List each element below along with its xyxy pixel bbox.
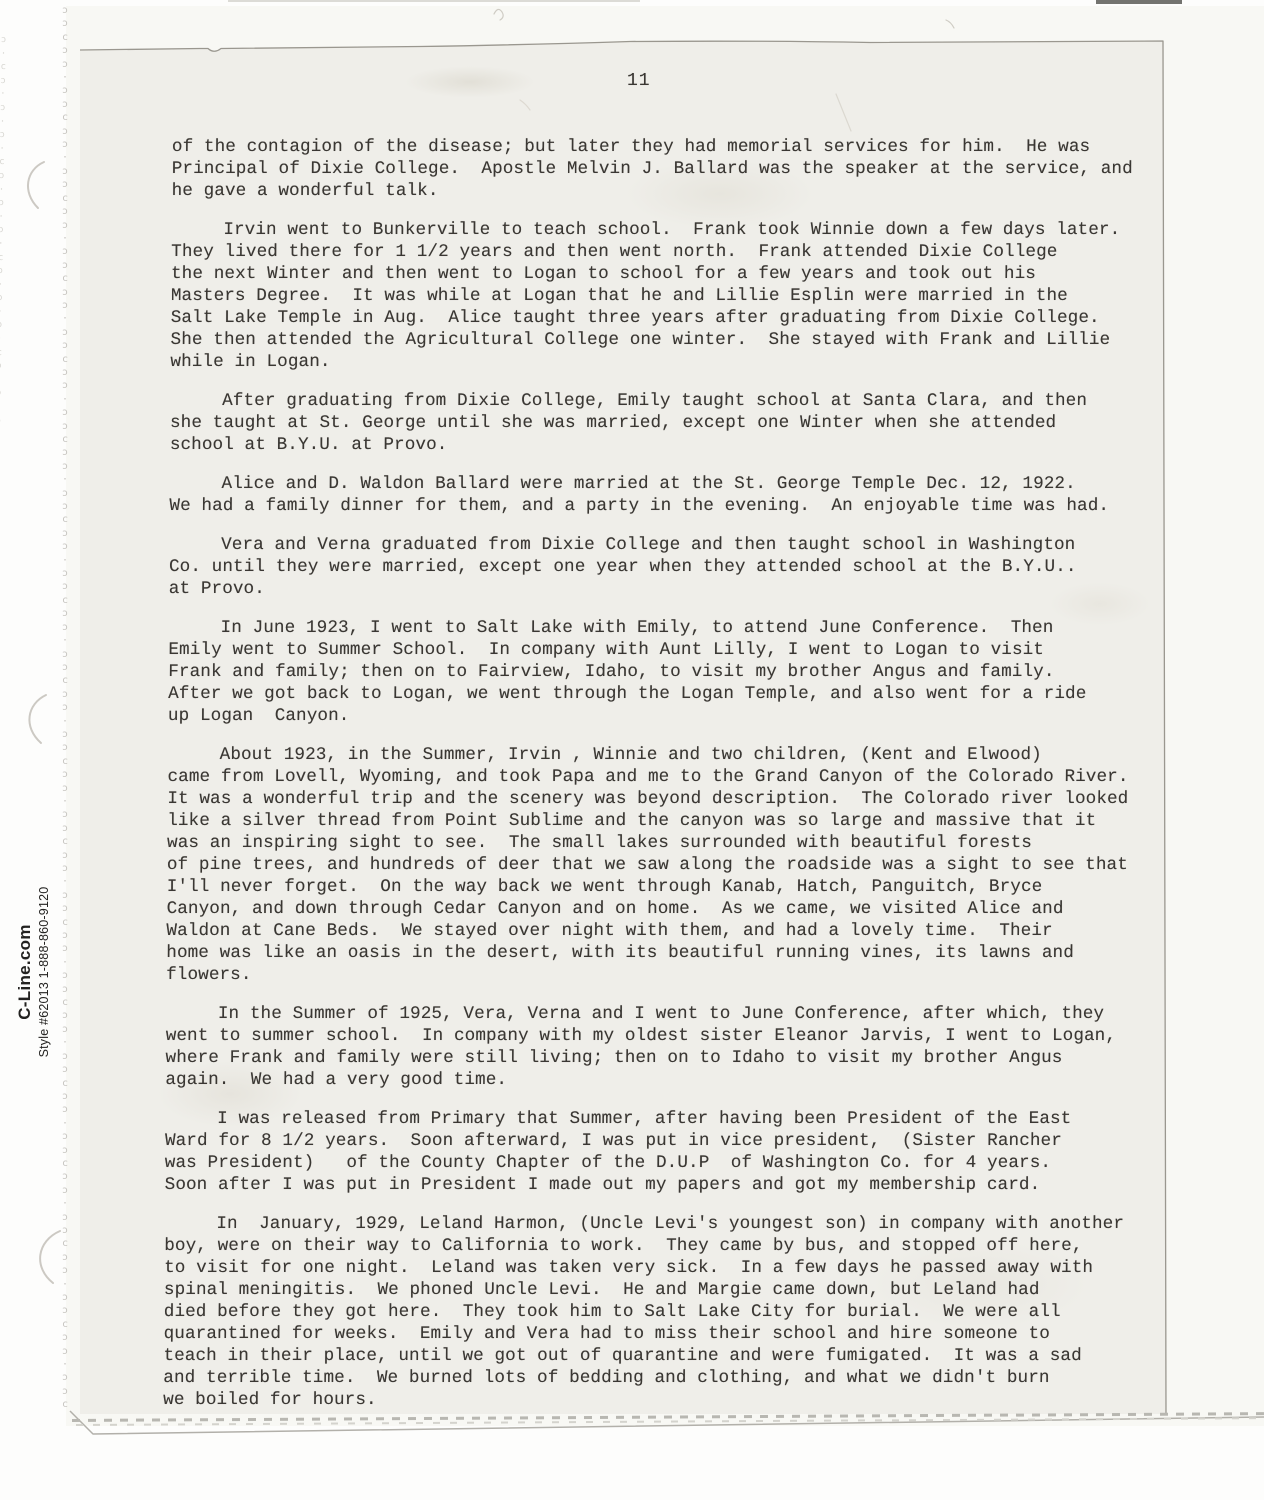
text-line: of pine trees, and hundreds of deer that… — [167, 854, 1157, 876]
text-line: was President) of the County Chapter of … — [165, 1152, 1155, 1174]
text-line: Waldon at Cane Beds. We stayed over nigh… — [166, 920, 1156, 942]
text-line: Salt Lake Temple in Aug. Alice taught th… — [171, 307, 1161, 329]
text-line: Co. until they were married, except one … — [169, 556, 1159, 578]
text-line: again. We had a very good time. — [165, 1069, 1155, 1091]
text-line: he gave a wonderful talk. — [172, 180, 1162, 202]
sleeve-style-number: Style #62013 1-888-860-9120 — [36, 876, 52, 1068]
text-line: spinal meningitis. We phoned Uncle Levi.… — [164, 1279, 1154, 1301]
text-line: went to summer school. In company with m… — [166, 1025, 1156, 1047]
text-line: After graduating from Dixie College, Emi… — [170, 390, 1160, 412]
paragraph: In the Summer of 1925, Vera, Verna and I… — [165, 1003, 1156, 1091]
text-line: like a silver thread from Point Sublime … — [167, 810, 1157, 832]
text-line: where Frank and family were still living… — [165, 1047, 1155, 1069]
text-line: the next Winter and then went to Logan t… — [171, 263, 1161, 285]
text-line: It was a wonderful trip and the scenery … — [167, 788, 1157, 810]
paragraph: Irvin went to Bunkerville to teach schoo… — [170, 219, 1161, 373]
scanner-edge-artifact — [1096, 0, 1182, 4]
text-line: flowers. — [166, 964, 1156, 986]
paragraph: About 1923, in the Summer, Irvin , Winni… — [166, 744, 1158, 986]
paragraph: After graduating from Dixie College, Emi… — [170, 390, 1160, 456]
text-line: Masters Degree. It was while at Logan th… — [171, 285, 1161, 307]
text-line: Alice and D. Waldon Ballard were married… — [169, 473, 1159, 495]
binder-hole-shadows — [28, 162, 60, 1283]
text-line: I was released from Primary that Summer,… — [165, 1108, 1155, 1130]
text-line: at Provo. — [169, 578, 1159, 600]
typed-text: of the contagion of the disease; but lat… — [163, 136, 1162, 1411]
text-line: up Logan Canyon. — [168, 705, 1158, 727]
sleeve-label-text: C-Line.com Style #62013 1-888-860-9120 — [14, 876, 62, 1068]
text-line: we boiled for hours. — [163, 1389, 1153, 1411]
paragraph: In January, 1929, Leland Harmon, (Uncle … — [163, 1213, 1154, 1411]
text-line: was an inspiring sight to see. The small… — [167, 832, 1157, 854]
paragraph: Vera and Verna graduated from Dixie Coll… — [169, 534, 1159, 600]
text-line: In the Summer of 1925, Vera, Verna and I… — [166, 1003, 1156, 1025]
scanner-edge-artifact — [228, 0, 640, 2]
text-line: teach in their place, until we got out o… — [163, 1345, 1153, 1367]
text-line: of the contagion of the disease; but lat… — [172, 136, 1162, 158]
text-line: Ward for 8 1/2 years. Soon afterward, I … — [165, 1130, 1155, 1152]
paragraph: of the contagion of the disease; but lat… — [172, 136, 1162, 202]
text-line: Soon after I was put in President I made… — [165, 1174, 1155, 1196]
text-line: In June 1923, I went to Salt Lake with E… — [168, 617, 1158, 639]
text-line: Irvin went to Bunkerville to teach schoo… — [171, 219, 1161, 241]
text-line: died before they got here. They took him… — [164, 1301, 1154, 1323]
paragraph: In June 1923, I went to Salt Lake with E… — [168, 617, 1159, 727]
scanned-page: ɔ · c ɔ · ɔ · ɔ · c ɔ · ɔ · ɔ · c ɔ · ɔ … — [0, 0, 1264, 1500]
text-line: boy, were on their way to California to … — [164, 1235, 1154, 1257]
text-line: school at B.Y.U. at Provo. — [170, 434, 1160, 456]
text-line: quarantined for weeks. Emily and Vera ha… — [164, 1323, 1154, 1345]
text-line: to visit for one night. Leland was taken… — [164, 1257, 1154, 1279]
text-line: while in Logan. — [170, 351, 1160, 373]
text-line: Emily went to Summer School. In company … — [168, 639, 1158, 661]
text-line: About 1923, in the Summer, Irvin , Winni… — [168, 744, 1158, 766]
text-line: They lived there for 1 1/2 years and the… — [171, 241, 1161, 263]
text-line: and terrible time. We burned lots of bed… — [163, 1367, 1153, 1389]
paragraph: Alice and D. Waldon Ballard were married… — [169, 473, 1159, 517]
text-line: came from Lovell, Wyoming, and took Papa… — [167, 766, 1157, 788]
text-line: She then attended the Agricultural Colle… — [170, 329, 1160, 351]
text-line: Vera and Verna graduated from Dixie Coll… — [169, 534, 1159, 556]
paragraph: I was released from Primary that Summer,… — [165, 1108, 1156, 1196]
text-line: Principal of Dixie College. Apostle Melv… — [172, 158, 1162, 180]
text-line: she taught at St. George until she was m… — [170, 412, 1160, 434]
text-line: We had a family dinner for them, and a p… — [169, 495, 1159, 517]
text-line: After we got back to Logan, we went thro… — [168, 683, 1158, 705]
sleeve-brand: C-Line.com — [14, 876, 36, 1068]
text-line: In January, 1929, Leland Harmon, (Uncle … — [164, 1213, 1154, 1235]
text-line: I'll never forget. On the way back we we… — [167, 876, 1157, 898]
sleeve-label: C-Line.com Style #62013 1-888-860-9120 — [14, 876, 62, 1068]
text-line: Frank and family; then on to Fairview, I… — [168, 661, 1158, 683]
text-line: home was like an oasis in the desert, wi… — [166, 942, 1156, 964]
text-line: Canyon, and down through Cedar Canyon an… — [167, 898, 1157, 920]
page-number: 11 — [627, 71, 651, 91]
